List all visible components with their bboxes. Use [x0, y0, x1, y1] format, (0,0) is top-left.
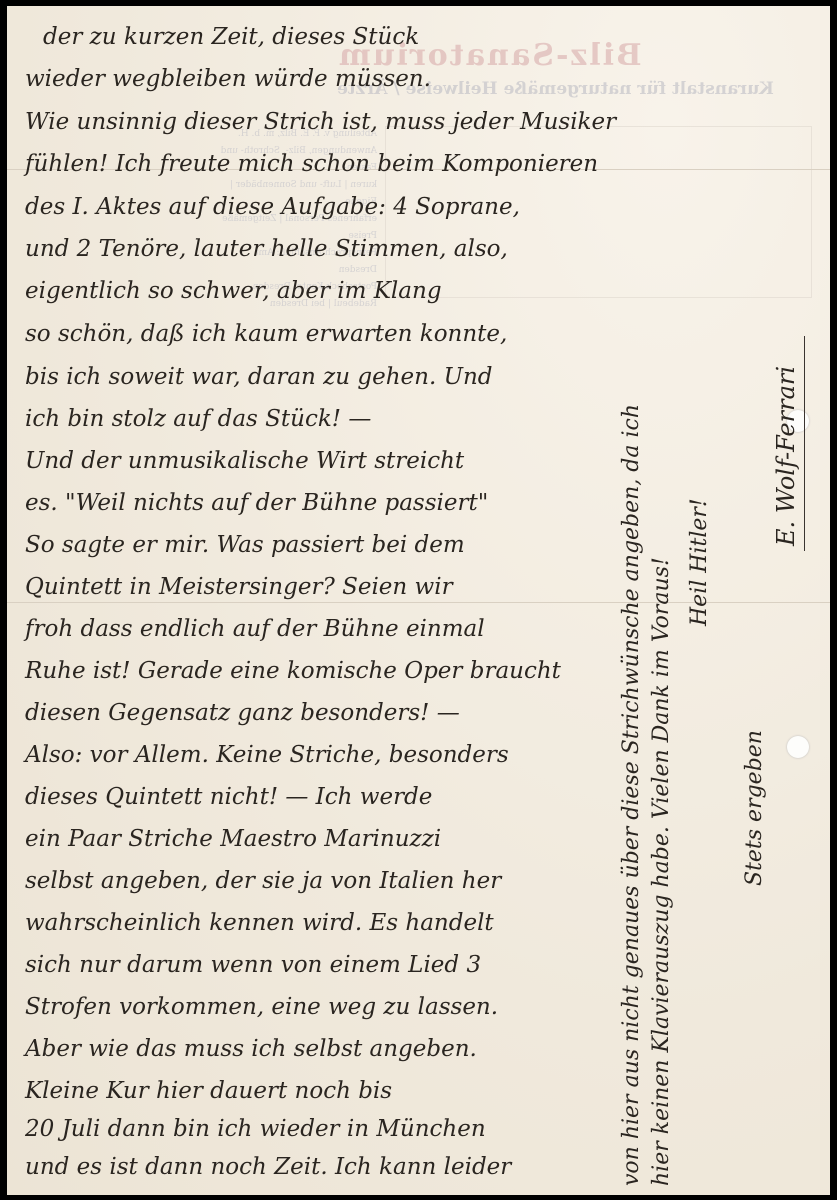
body-line: bis ich soweit war, daran zu gehen. Und — [25, 364, 493, 390]
body-line: Also: vor Allem. Keine Striche, besonder… — [25, 742, 509, 768]
body-line: Strofen vorkommen, eine weg zu lassen. — [25, 994, 498, 1020]
margin-line: hier keinen Klavierauszug habe. Vielen D… — [649, 557, 674, 1186]
body-line: und 2 Tenöre, lauter helle Stimmen, also… — [25, 236, 508, 262]
body-line: ein Paar Striche Maestro Marinuzzi — [25, 826, 441, 852]
body-line: Quintett in Meistersinger? Seien wir — [25, 574, 453, 600]
body-line: sich nur darum wenn von einem Lied 3 — [25, 952, 481, 978]
body-line: und es ist dann noch Zeit. Ich kann leid… — [25, 1154, 511, 1180]
margin-line: Heil Hitler! — [687, 498, 712, 626]
body-line: ich bin stolz auf das Stück! — — [25, 406, 371, 432]
signature-underline — [804, 336, 805, 551]
body-line: selbst angeben, der sie ja von Italien h… — [25, 868, 501, 894]
body-line: es. "Weil nichts auf der Bühne passiert" — [25, 490, 488, 516]
body-line: der zu kurzen Zeit, dieses Stück — [43, 24, 419, 50]
body-line: eigentlich so schwer, aber im Klang — [25, 278, 442, 304]
body-line: froh dass endlich auf der Bühne einmal — [25, 616, 485, 642]
body-line: wahrscheinlich kennen wird. Es handelt — [25, 910, 494, 936]
margin-line: Stets ergeben — [742, 730, 767, 886]
signature: E. Wolf-Ferrari — [772, 366, 800, 546]
body-line: Wie unsinnig dieser Strich ist, muss jed… — [25, 109, 616, 135]
body-line: fühlen! Ich freute mich schon beim Kompo… — [25, 151, 598, 177]
body-line: dieses Quintett nicht! — Ich werde — [25, 784, 432, 810]
letter-page: Bilz-Sanatorium Kuranstalt für naturgemä… — [7, 6, 830, 1195]
body-line: So sagte er mir. Was passiert bei dem — [25, 532, 465, 558]
body-line: 20 Juli dann bin ich wieder in München — [25, 1116, 486, 1142]
body-line: Aber wie das muss ich selbst angeben. — [25, 1036, 477, 1062]
body-line: so schön, daß ich kaum erwarten konnte, — [25, 321, 507, 347]
body-line: Ruhe ist! Gerade eine komische Oper brau… — [25, 658, 561, 684]
body-line: diesen Gegensatz ganz besonders! — — [25, 700, 460, 726]
punch-hole — [787, 736, 809, 758]
body-line: Kleine Kur hier dauert noch bis — [25, 1078, 392, 1104]
body-line: des I. Aktes auf diese Aufgabe: 4 Sopran… — [25, 194, 520, 220]
body-line: Und der unmusikalische Wirt streicht — [25, 448, 464, 474]
body-line: wieder wegbleiben würde müssen. — [25, 66, 431, 92]
margin-line: von hier aus nicht genaues über diese St… — [619, 404, 644, 1186]
